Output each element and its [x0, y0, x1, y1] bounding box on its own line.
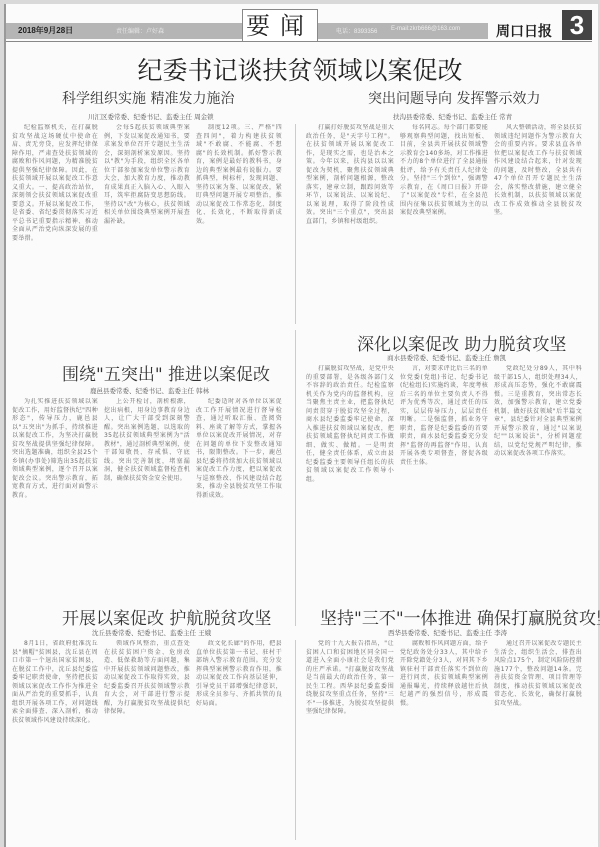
article-2-col-2: 每名同志。每个部门都要能够观察典型问题，找出短板、目前，全县共开展扶贫领域警示教…: [400, 124, 488, 244]
article-3-byline: 鹿邑县委常委、纪委书记、监委主任 韩林: [90, 386, 209, 395]
article-4-headline: 深化以案促改 助力脱贫攻坚: [357, 330, 566, 355]
column-divider: [295, 330, 296, 626]
article-6-col-2: 腐败和作风问题方面，给予党纪政务处分33人，其中给予开除党籍处分3人，对同其下乡…: [400, 640, 488, 840]
article-5-headline: 开展以案促改 护航脱贫攻坚: [62, 604, 271, 629]
article-2-col-1: 打赢打好脱贫攻坚战是重大政治任务，是"天字号工程"。在扶贫领域开展以案促改工作，…: [306, 124, 394, 244]
article-5-col-3: 政文化长廊"的作用，把县直单位扶贫第一书记、驻村干部纳入警示教育范围。充分发挥典…: [196, 640, 282, 840]
article-5-col-2: 领域作风整治，重点查处在扶贫贫困户资金、危房改造、低保救助等方面问题，集中开展扶…: [104, 640, 190, 840]
article-1-byline: 川汇区委常委、纪委书记、监委主任 周金锁: [88, 112, 214, 121]
article-6-headline: 坚持"三不"一体推进 确保打赢脱贫攻坚战: [320, 604, 600, 629]
page-header: 2018年9月28日 责任编辑：卢好森 要闻 电话：8393356 E-mail…: [6, 9, 592, 42]
article-6-byline: 西华县委常委、纪委书记、监委主任 李涛: [388, 628, 507, 637]
phone: 电话：8393356: [336, 26, 377, 35]
article-2-byline: 扶沟县委常委、纪委书记、监委主任 常青: [393, 112, 512, 121]
page-number: 3: [562, 10, 592, 40]
article-4-byline: 商水县委常委、纪委书记、监委主任 詹凯: [387, 353, 506, 362]
article-3-col-2: 上公开检讨，剖析根源，挖出病根，用身边事教育身边人，让广大干部受到深刻警醒。突出…: [104, 398, 190, 626]
issue-date: 2018年9月28日: [18, 25, 73, 36]
article-1-col-2: 会每5起扶贫领域典型案例，下发以案促改通知书，要求案发单位召开专题民主生活会，深…: [104, 124, 190, 319]
article-5-col-1: 8月1日，省政府批准沈丘县"摘帽"贫困县，沈丘县在周口市第一个退出国家贫困县，在…: [12, 640, 98, 840]
article-4-col-3: 党政纪处分89人，其中科级干部15人，组织处理34人，形成高压态势，强化不敢腐震…: [494, 365, 582, 627]
article-3-col-1: 为扎实推进扶贫领域以案促改工作，用好监督执纪"四种形态"，传导压力，鹿邑县以"五…: [12, 398, 98, 626]
article-6-col-3: 通过召开以案促改专题民主生活会，组织生活会，排查出风险点175个，制定风险防控措…: [494, 640, 582, 840]
article-1-col-1: 纪检监察机关，在打赢脱贫攻坚战这场硬仗中使命在肩、责无旁贷，应发挥纪律保障作用，…: [12, 124, 98, 319]
article-3-headline: 围绕"五突出" 推进以案促改: [62, 360, 270, 385]
header-divider: [6, 41, 592, 42]
article-6-col-1: 党的十九大报告指出，"让贫困人口和贫困地区同全国一道进入全面小康社会是我们党的庄…: [306, 640, 394, 840]
section-title: 要闻: [242, 9, 318, 42]
masthead-logo: 周口日报: [496, 21, 552, 41]
column-divider: [295, 124, 296, 324]
article-1-headline: 科学组织实施 精准发力施治: [62, 88, 234, 108]
main-title: 纪委书记谈扶贫领域以案促改: [0, 51, 600, 87]
article-5-byline: 沈丘县委常委、纪委书记、监委主任 王娥: [92, 628, 211, 637]
article-2-col-3: 风大整顿活动，将全县扶贫领域违纪问题作为警示教育大会的重要内容。要求县直各单位把…: [494, 124, 582, 319]
article-3-col-3: 纪委适时对各单位以案促改工作开展情况进行督导检查，通过听取汇报、查阅资料、座谈了…: [196, 398, 282, 626]
email: E-mail:zkrb666@163.com: [391, 26, 460, 32]
column-divider: [295, 640, 296, 840]
article-4-col-1: 打赢脱贫攻坚战，是党中央的重要部署，是各级各部门义不容辞的政治责任。纪检监察机关…: [306, 365, 394, 627]
article-2-headline: 突出问题导向 发挥警示效力: [368, 88, 540, 108]
article-1-col-3: 制度12项。三、严格"四查四问"，着力构建扶贫领域"不敢腐、不能腐、不想腐"的长…: [196, 124, 282, 319]
article-4-col-2: 言，对要求评比后三名的单位党委(党组)书记、纪委书记(纪检组长)实施约谈，年度考…: [400, 365, 488, 627]
editor-credit: 责任编辑：卢好森: [116, 26, 164, 35]
